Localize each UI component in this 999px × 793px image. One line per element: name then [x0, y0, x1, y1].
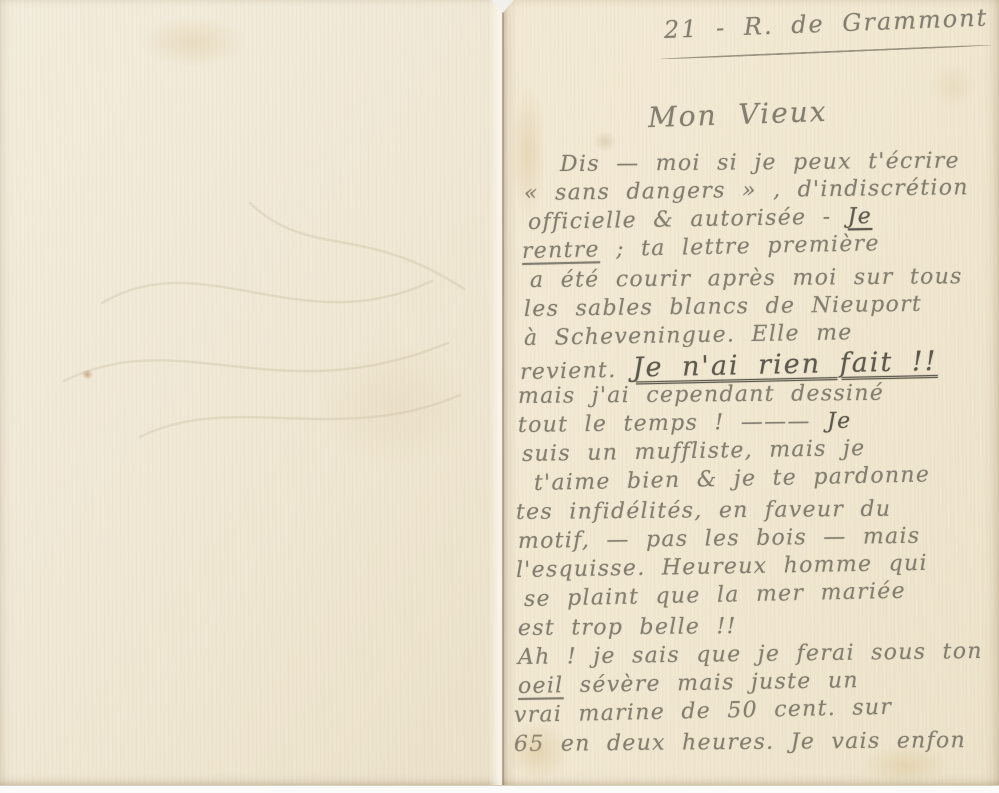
address-underline [660, 44, 992, 60]
salutation: Mon Vieux [647, 95, 828, 134]
letter-text-segment: rentre [522, 237, 600, 264]
foxing-spot [290, 320, 500, 490]
letter-text-segment: officielle & autorisée - [528, 204, 848, 235]
letter-text-segment: mais j'ai cependant dessiné [518, 381, 884, 409]
letter-text-segment: est trop belle !! [518, 614, 737, 641]
letter-text-segment: Je [827, 409, 852, 434]
left-page [0, 0, 502, 786]
foxing-spot [118, 6, 268, 78]
letter-line: 65 en deux heures. Je vais enfon [514, 728, 999, 761]
letter-text-segment: motif, — pas les bois — mais [518, 524, 921, 554]
address-header: 21 - R. de Grammont [663, 4, 988, 44]
letter-text-segment: suis un muffliste, mais je [522, 436, 866, 467]
letter-text-segment: les sables blancs de Nieuport [524, 292, 922, 322]
foxing-spot [80, 368, 95, 381]
letter-text-segment: 65 en deux heures. Je vais enfon [514, 728, 966, 757]
letter-text-segment: sévère mais juste un [563, 668, 859, 698]
letter-body: Dis — moi si je peux t'écrire« sans dang… [514, 152, 999, 761]
letter-text-segment: Je n'ai rien fait !! [632, 346, 937, 384]
letter-text-segment: Je [847, 204, 872, 229]
ink-showthrough [40, 185, 480, 465]
letter-text-segment: tes infidélités, en faveur du [516, 497, 892, 525]
right-page: 21 - R. de Grammont Mon Vieux Dis — moi … [502, 0, 999, 786]
letter-text-segment: « sans dangers » , d'indiscrétion [524, 175, 969, 206]
letter-text-segment: a été courir après moi sur tous [530, 264, 963, 293]
letter-text-segment: Ah ! je sais que je ferai sous ton [518, 639, 983, 670]
scanner-background-strip [0, 785, 999, 793]
letter-text-segment: Dis — moi si je peux t'écrire [560, 149, 960, 177]
letter-text-segment: à Scheveningue. Elle me [524, 320, 853, 351]
scanned-letter: 21 - R. de Grammont Mon Vieux Dis — moi … [0, 0, 999, 793]
letter-text-segment: ; ta lettre première [600, 231, 880, 262]
letter-text-segment: oeil [518, 673, 564, 699]
letter-text-segment: revient. [520, 358, 633, 385]
letter-text-segment: tout le temps ! ——— [518, 409, 827, 438]
